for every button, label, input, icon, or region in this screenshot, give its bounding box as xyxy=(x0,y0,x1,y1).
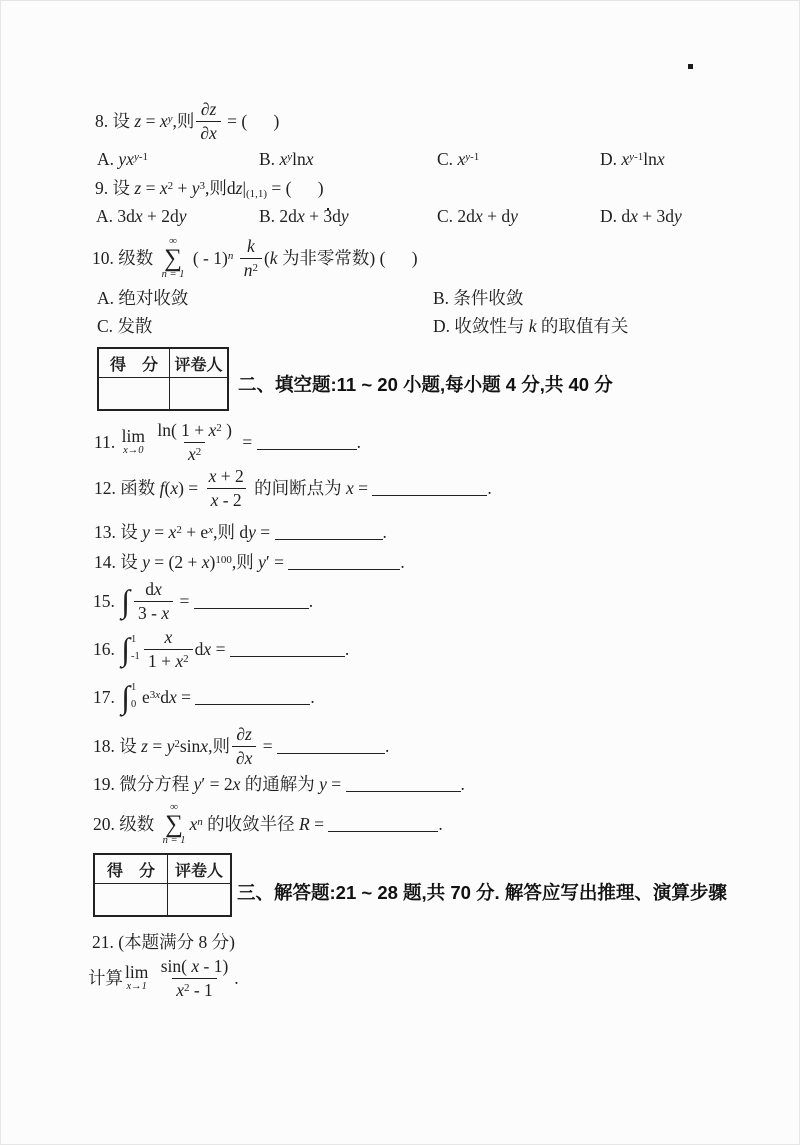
question-8-option-d: D. xy-1lnx xyxy=(600,146,665,173)
math-text: 10. 级数 xyxy=(92,248,158,268)
integral-lower-limit: 0 xyxy=(131,699,140,710)
math-var: x xyxy=(161,603,169,623)
math-var: ∂z xyxy=(201,99,216,119)
question-12-stem: 12. 函数 f(x) = x + 2x - 2 的间断点为 x = . xyxy=(94,467,492,509)
math-run: ( - 1)n xyxy=(188,247,237,270)
math-text: -1 xyxy=(139,151,148,163)
section-3-header: 三、解答题:21 ~ 28 题,共 70 分. 解答应写出推理、演算步骤 xyxy=(237,879,727,905)
integral-lower-limit: -1 xyxy=(131,651,140,662)
math-text: d xyxy=(160,687,169,707)
fraction-denominator: 3 - x xyxy=(134,601,173,624)
math-var: y xyxy=(142,522,150,542)
math-superscript: 2 xyxy=(174,738,180,750)
limit-label: lim xyxy=(122,428,145,446)
math-text: D. d xyxy=(600,206,630,226)
math-var: x xyxy=(155,689,160,701)
sum-lower-limit: n = 1 xyxy=(163,836,186,847)
math-superscript: 2 xyxy=(216,422,222,434)
math-fraction: dx3 - x xyxy=(134,579,173,623)
math-text: -1 xyxy=(634,151,643,163)
math-text: = xyxy=(238,432,257,452)
math-text: ,则d xyxy=(205,178,236,198)
math-var: x xyxy=(208,524,213,536)
math-run: A. yxy-1 xyxy=(97,148,148,171)
math-fraction: ∂z∂x xyxy=(232,724,256,768)
math-var: x xyxy=(160,178,168,198)
math-var: k xyxy=(270,248,278,268)
math-sum: ∞∑n = 1 xyxy=(163,802,186,847)
math-text: = xyxy=(211,639,230,659)
fraction-denominator: 1 + x2 xyxy=(144,649,193,672)
fraction-numerator: ∂z xyxy=(232,724,255,746)
answer-blank xyxy=(372,481,487,496)
math-var: x xyxy=(306,149,314,169)
question-10-option-d: D. 收敛性与 k 的取值有关 xyxy=(433,314,628,339)
math-text: . xyxy=(310,687,314,707)
math-text: ( - 1) xyxy=(188,248,227,268)
math-run: 19. 微分方程 y′ = 2x 的通解为 y = xyxy=(93,773,346,796)
math-superscript: n xyxy=(197,816,203,828)
math-var: x xyxy=(621,149,629,169)
math-text: C. 2d xyxy=(437,206,475,226)
math-fraction: sin( x - 1)x2 - 1 xyxy=(157,956,233,1000)
math-text: = (2 + xyxy=(150,552,202,572)
math-superscript: y xyxy=(287,151,292,163)
math-text: ,则 xyxy=(172,111,194,131)
scan-artifact-dot xyxy=(688,64,693,69)
math-run: 16. xyxy=(93,638,119,661)
math-run: B. 2dx + 3dy xyxy=(259,205,349,228)
math-run: . xyxy=(357,431,361,454)
math-var: y xyxy=(341,206,349,226)
sigma-icon: ∑ xyxy=(165,813,183,836)
math-run: 8. 设 z = xy,则 xyxy=(95,110,194,133)
math-run: . xyxy=(310,686,314,709)
math-superscript: n xyxy=(228,250,234,262)
score-box-section-2: 得 分 评卷人 xyxy=(97,347,229,411)
math-text: 的通解为 xyxy=(240,774,319,794)
math-text: 2 xyxy=(174,738,180,750)
answer-blank xyxy=(275,525,383,540)
math-text: ′ = 2 xyxy=(201,774,232,794)
math-var: x xyxy=(346,478,354,498)
limit-subscript: x→0 xyxy=(123,446,143,457)
math-superscript: 2 xyxy=(183,653,189,665)
math-text: B. 2d xyxy=(259,206,297,226)
math-text: D. 收敛性与 xyxy=(433,316,529,336)
math-run: . xyxy=(309,590,313,613)
math-text: . xyxy=(345,639,349,659)
math-text: ′ = xyxy=(266,552,288,572)
math-text: . xyxy=(400,552,404,572)
answer-blank xyxy=(277,739,385,754)
math-text: 18. 设 xyxy=(93,736,141,756)
math-var: x xyxy=(160,111,168,131)
math-run: A. 3dx + 2dy xyxy=(96,205,187,228)
question-9-option-a: A. 3dx + 2dy xyxy=(96,203,187,230)
math-text: 3 xyxy=(200,180,206,192)
question-14-stem: 14. 设 y = (2 + x)100,则 y′ = . xyxy=(94,548,405,576)
math-text: 2 xyxy=(196,446,202,458)
math-var: x xyxy=(154,579,162,599)
math-superscript: 2 xyxy=(196,446,202,458)
question-10-option-a: A. 绝对收敛 xyxy=(97,286,188,311)
sigma-icon: ∑ xyxy=(164,247,182,270)
section-2-header: 二、填空题:11 ~ 20 小题,每小题 4 分,共 40 分 xyxy=(238,371,613,397)
math-text: ln( 1 + xyxy=(157,420,208,440)
question-9-stem: 9. 设 z = x2 + y3,则dz|(1,1) = ( ) xyxy=(95,171,324,205)
exam-paper-page: 8. 设 z = xy,则∂z∂x = ( ) A. yxy-1 B. xyln… xyxy=(0,0,800,1145)
math-text: 计算 xyxy=(88,968,123,988)
fraction-numerator: dx xyxy=(141,579,166,601)
math-run: . xyxy=(385,735,389,758)
math-sum: ∞∑n = 1 xyxy=(162,236,185,281)
math-var: x xyxy=(297,206,305,226)
math-var: n xyxy=(197,816,203,828)
integral-limits: 1-1 xyxy=(131,633,140,665)
math-text: e xyxy=(142,687,150,707)
math-superscript: y-1 xyxy=(465,151,479,163)
score-label-cell-2: 得 分 xyxy=(94,854,168,884)
math-var: x xyxy=(630,206,638,226)
question-19-stem: 19. 微分方程 y′ = 2x 的通解为 y = . xyxy=(93,770,465,798)
math-text: 2 xyxy=(184,982,190,994)
question-8-option-b: B. xylnx xyxy=(259,146,314,173)
math-run: 计算 xyxy=(88,967,123,990)
grader-label-cell-2: 评卷人 xyxy=(168,854,232,884)
math-run: = xyxy=(238,431,257,454)
math-text: C. xyxy=(437,149,457,169)
math-var: k xyxy=(247,236,255,256)
math-var: x xyxy=(188,444,196,464)
integral-icon: ∫ xyxy=(121,585,130,617)
math-text: ln xyxy=(292,149,306,169)
math-text: = xyxy=(258,736,277,756)
math-text: 100 xyxy=(215,554,232,566)
math-text: . xyxy=(461,774,465,794)
math-text: = xyxy=(327,774,346,794)
math-text: = ( ) xyxy=(223,111,280,131)
math-run: 15. xyxy=(93,590,119,613)
math-run: 的间断点为 x = xyxy=(250,477,373,500)
math-text: 13. 设 xyxy=(94,522,142,542)
math-var: x xyxy=(164,627,172,647)
math-run: 11. xyxy=(94,431,120,454)
math-var: y xyxy=(674,206,682,226)
math-integral: ∫10 xyxy=(121,681,140,713)
math-text: 的取值有关 xyxy=(537,316,629,336)
math-text: - 1 xyxy=(189,980,212,1000)
math-run: . xyxy=(461,773,465,796)
math-var: y xyxy=(248,522,256,542)
math-var: y xyxy=(179,206,187,226)
fraction-denominator: x2 xyxy=(184,442,205,465)
math-run: . xyxy=(400,551,404,574)
answer-blank xyxy=(195,690,310,705)
math-run: e3xdx = xyxy=(142,686,195,709)
math-text: + e xyxy=(182,522,208,542)
question-18-stem: 18. 设 z = y2sinx,则∂z∂x = . xyxy=(93,725,389,767)
math-run: B. xylnx xyxy=(259,148,314,171)
math-superscript: y xyxy=(168,113,173,125)
math-superscript: 2 xyxy=(252,262,258,274)
fraction-numerator: k xyxy=(243,236,259,258)
math-text: = xyxy=(177,687,196,707)
math-run: 17. xyxy=(93,686,119,709)
math-superscript: x xyxy=(208,524,213,536)
math-text xyxy=(150,968,154,988)
answer-blank xyxy=(288,555,400,570)
question-21-title: 21. (本题满分 8 分) xyxy=(92,929,235,954)
math-text xyxy=(233,248,237,268)
question-21-task: 计算limx→1 sin( x - 1)x2 - 1. xyxy=(88,956,239,1000)
fraction-numerator: x xyxy=(160,627,176,649)
math-subscript: (1,1) xyxy=(246,188,267,200)
math-text: 1 + xyxy=(148,651,175,671)
math-fraction: x1 + x2 xyxy=(144,627,193,671)
math-fraction: x + 2x - 2 xyxy=(205,466,248,510)
math-text: 2 xyxy=(216,422,222,434)
math-text: -1 xyxy=(470,151,479,163)
fraction-denominator: x2 - 1 xyxy=(172,978,217,1001)
math-var: x xyxy=(135,206,143,226)
math-fraction: ln( 1 + x2 )x2 xyxy=(153,420,236,464)
math-text: sin xyxy=(180,736,200,756)
integral-upper-limit: 1 xyxy=(131,634,140,645)
math-text: A. 3d xyxy=(96,206,135,226)
math-text: ) = xyxy=(178,478,202,498)
math-text: = xyxy=(354,478,373,498)
math-var: x xyxy=(475,206,483,226)
math-run: C. 2dx + dy xyxy=(437,205,518,228)
math-text: 14. 设 xyxy=(94,552,142,572)
question-8-stem: 8. 设 z = xy,则∂z∂x = ( ) xyxy=(95,100,279,142)
math-run xyxy=(147,431,151,454)
integral-icon: ∫ xyxy=(121,681,130,713)
math-text: . xyxy=(438,814,442,834)
math-run: = xyxy=(258,735,277,758)
math-text: 11. xyxy=(94,432,120,452)
fraction-denominator: n2 xyxy=(240,258,262,281)
math-superscript: 3x xyxy=(150,689,160,701)
question-8-option-c: C. xy-1 xyxy=(437,146,479,173)
math-integral: ∫ xyxy=(121,585,130,617)
math-run: D. xy-1lnx xyxy=(600,148,665,171)
math-text: 17. xyxy=(93,687,119,707)
math-text: ) xyxy=(222,420,232,440)
math-integral: ∫1-1 xyxy=(121,633,140,665)
math-run: 12. 函数 f(x) = xyxy=(94,477,203,500)
math-text: = xyxy=(256,522,275,542)
fraction-numerator: ∂z xyxy=(197,99,220,121)
math-var: x xyxy=(200,736,208,756)
math-text: A. 绝对收敛 xyxy=(97,288,188,308)
answer-blank xyxy=(328,817,438,832)
math-run: dx = xyxy=(195,638,230,661)
math-text: 2 xyxy=(183,653,189,665)
math-text: 2 xyxy=(176,524,182,536)
math-text: . xyxy=(234,968,238,988)
math-var: y xyxy=(319,774,327,794)
score-label-cell: 得 分 xyxy=(98,348,170,378)
fraction-numerator: ln( 1 + x2 ) xyxy=(153,420,236,442)
math-var: R xyxy=(299,814,310,834)
math-text: + 2 xyxy=(216,466,243,486)
math-text: 19. 微分方程 xyxy=(93,774,194,794)
grader-value-cell-2 xyxy=(168,884,232,917)
answer-blank xyxy=(257,435,357,450)
question-10-option-c: C. 发散 xyxy=(97,314,152,339)
math-text: ,则 xyxy=(208,736,230,756)
math-superscript: y-1 xyxy=(134,151,148,163)
math-var: x xyxy=(191,956,199,976)
fraction-numerator: x + 2 xyxy=(205,466,248,488)
math-var: y xyxy=(192,178,200,198)
score-box-section-3: 得 分 评卷人 xyxy=(93,853,232,917)
math-var: ∂x xyxy=(236,748,252,768)
math-run: xn 的收敛半径 R = xyxy=(189,813,328,836)
math-run: 20. 级数 xyxy=(93,813,159,836)
limit-label: lim xyxy=(125,964,148,982)
math-run: C. 发散 xyxy=(97,315,152,338)
limit-subscript: x→1 xyxy=(126,982,146,993)
math-text xyxy=(147,432,151,452)
math-text: 2 xyxy=(168,180,174,192)
math-text: = xyxy=(141,178,160,198)
math-text: . xyxy=(487,478,491,498)
math-fraction: ∂z∂x xyxy=(196,99,220,143)
math-text: 为非零常数) ( ) xyxy=(278,248,418,268)
math-text: . xyxy=(309,591,313,611)
math-text: 3 - xyxy=(138,603,161,623)
math-text: 2 xyxy=(252,262,258,274)
math-text: ,则 d xyxy=(213,522,248,542)
math-var: x xyxy=(176,980,184,1000)
question-11-stem: 11. limx→0 ln( 1 + x2 )x2 = . xyxy=(94,422,361,462)
math-text: 15. xyxy=(93,591,119,611)
math-var: n xyxy=(228,250,234,262)
math-superscript: 2 xyxy=(184,982,190,994)
question-10-stem: 10. 级数 ∞∑n = 1 ( - 1)n kn2(k 为非零常数) ( ) xyxy=(92,233,418,283)
fraction-denominator: x - 2 xyxy=(207,488,246,511)
math-run: . xyxy=(438,813,442,836)
fraction-denominator: ∂x xyxy=(232,746,256,769)
integral-upper-limit: 1 xyxy=(131,682,140,693)
math-run: 13. 设 y = x2 + ex,则 dy = xyxy=(94,521,275,544)
math-run: 18. 设 z = y2sinx,则 xyxy=(93,735,230,758)
math-text: (1,1) xyxy=(246,188,267,200)
math-text: B. 条件收敛 xyxy=(433,288,523,308)
math-run: = xyxy=(175,590,194,613)
math-superscript: 100 xyxy=(215,554,232,566)
math-fraction: kn2 xyxy=(240,236,262,280)
question-16-stem: 16. ∫1-1x1 + x2dx = . xyxy=(93,626,349,672)
math-text: = xyxy=(310,814,329,834)
math-text: 16. xyxy=(93,639,119,659)
math-run: = ( ) xyxy=(223,110,280,133)
math-var: x xyxy=(169,687,177,707)
score-value-cell-2 xyxy=(94,884,168,917)
math-text: = xyxy=(175,591,194,611)
question-9-option-b: B. 2dx + 3dy xyxy=(259,203,349,230)
math-text: 8. 设 xyxy=(95,111,134,131)
grader-value-cell xyxy=(170,378,229,411)
math-text: = xyxy=(141,111,160,131)
math-text: d xyxy=(145,579,154,599)
math-superscript: y-1 xyxy=(629,151,643,163)
math-text: + 2d xyxy=(143,206,179,226)
math-text: B. xyxy=(259,149,279,169)
math-var: x xyxy=(657,149,665,169)
math-var: x xyxy=(175,651,183,671)
math-run: . xyxy=(345,638,349,661)
math-run: 9. 设 z = x2 + y3,则dz|(1,1) = ( ) xyxy=(95,177,324,200)
math-run: . xyxy=(383,521,387,544)
math-limit: limx→0 xyxy=(122,428,145,457)
math-text: = xyxy=(150,522,169,542)
math-text: A. xyxy=(97,149,118,169)
math-superscript: 2 xyxy=(168,180,174,192)
math-var: x xyxy=(170,478,178,498)
grader-label-cell: 评卷人 xyxy=(170,348,229,378)
math-run: 10. 级数 xyxy=(92,247,158,270)
math-text: ln xyxy=(643,149,657,169)
math-text: = xyxy=(148,736,167,756)
math-run: . xyxy=(487,477,491,500)
math-text: 12. 函数 xyxy=(94,478,160,498)
math-text: - 1) xyxy=(199,956,228,976)
math-var: y xyxy=(142,552,150,572)
sum-lower-limit: n = 1 xyxy=(162,270,185,281)
math-text: . xyxy=(383,522,387,542)
question-13-stem: 13. 设 y = x2 + ex,则 dy = . xyxy=(94,518,387,546)
math-run: D. dx + 3dy xyxy=(600,205,682,228)
math-text: 的收敛半径 xyxy=(203,814,299,834)
fraction-numerator: sin( x - 1) xyxy=(157,956,233,978)
integral-icon: ∫ xyxy=(121,633,130,665)
math-text: ,则 xyxy=(232,552,258,572)
math-run: A. 绝对收敛 xyxy=(97,287,188,310)
math-var: y xyxy=(287,151,292,163)
question-10-option-b: B. 条件收敛 xyxy=(433,286,523,311)
answer-blank xyxy=(230,642,345,657)
math-var: k xyxy=(529,316,537,336)
math-text: D. xyxy=(600,149,621,169)
math-var: z xyxy=(141,736,148,756)
answer-blank xyxy=(346,777,461,792)
math-var: y xyxy=(510,206,518,226)
question-15-stem: 15. ∫dx3 - x = . xyxy=(93,580,313,622)
math-var: ∂z xyxy=(236,724,251,744)
answer-blank xyxy=(194,594,309,609)
math-var: y xyxy=(258,552,266,572)
math-text: + 3d xyxy=(638,206,674,226)
math-text: = ( ) xyxy=(267,178,324,198)
math-run xyxy=(150,967,154,990)
question-8-option-a: A. yxy-1 xyxy=(97,146,148,173)
math-text: + d xyxy=(483,206,510,226)
integral-limits: 10 xyxy=(131,681,140,713)
math-text: - 2 xyxy=(218,490,241,510)
math-superscript: 3 xyxy=(200,180,206,192)
math-text: + 3d xyxy=(305,206,341,226)
math-limit: limx→1 xyxy=(125,964,148,993)
math-text: 20. 级数 xyxy=(93,814,159,834)
math-run: B. 条件收敛 xyxy=(433,287,523,310)
math-text: . xyxy=(385,736,389,756)
question-9-option-c: C. 2dx + dy xyxy=(437,203,518,230)
question-17-stem: 17. ∫10e3xdx = . xyxy=(93,677,315,717)
